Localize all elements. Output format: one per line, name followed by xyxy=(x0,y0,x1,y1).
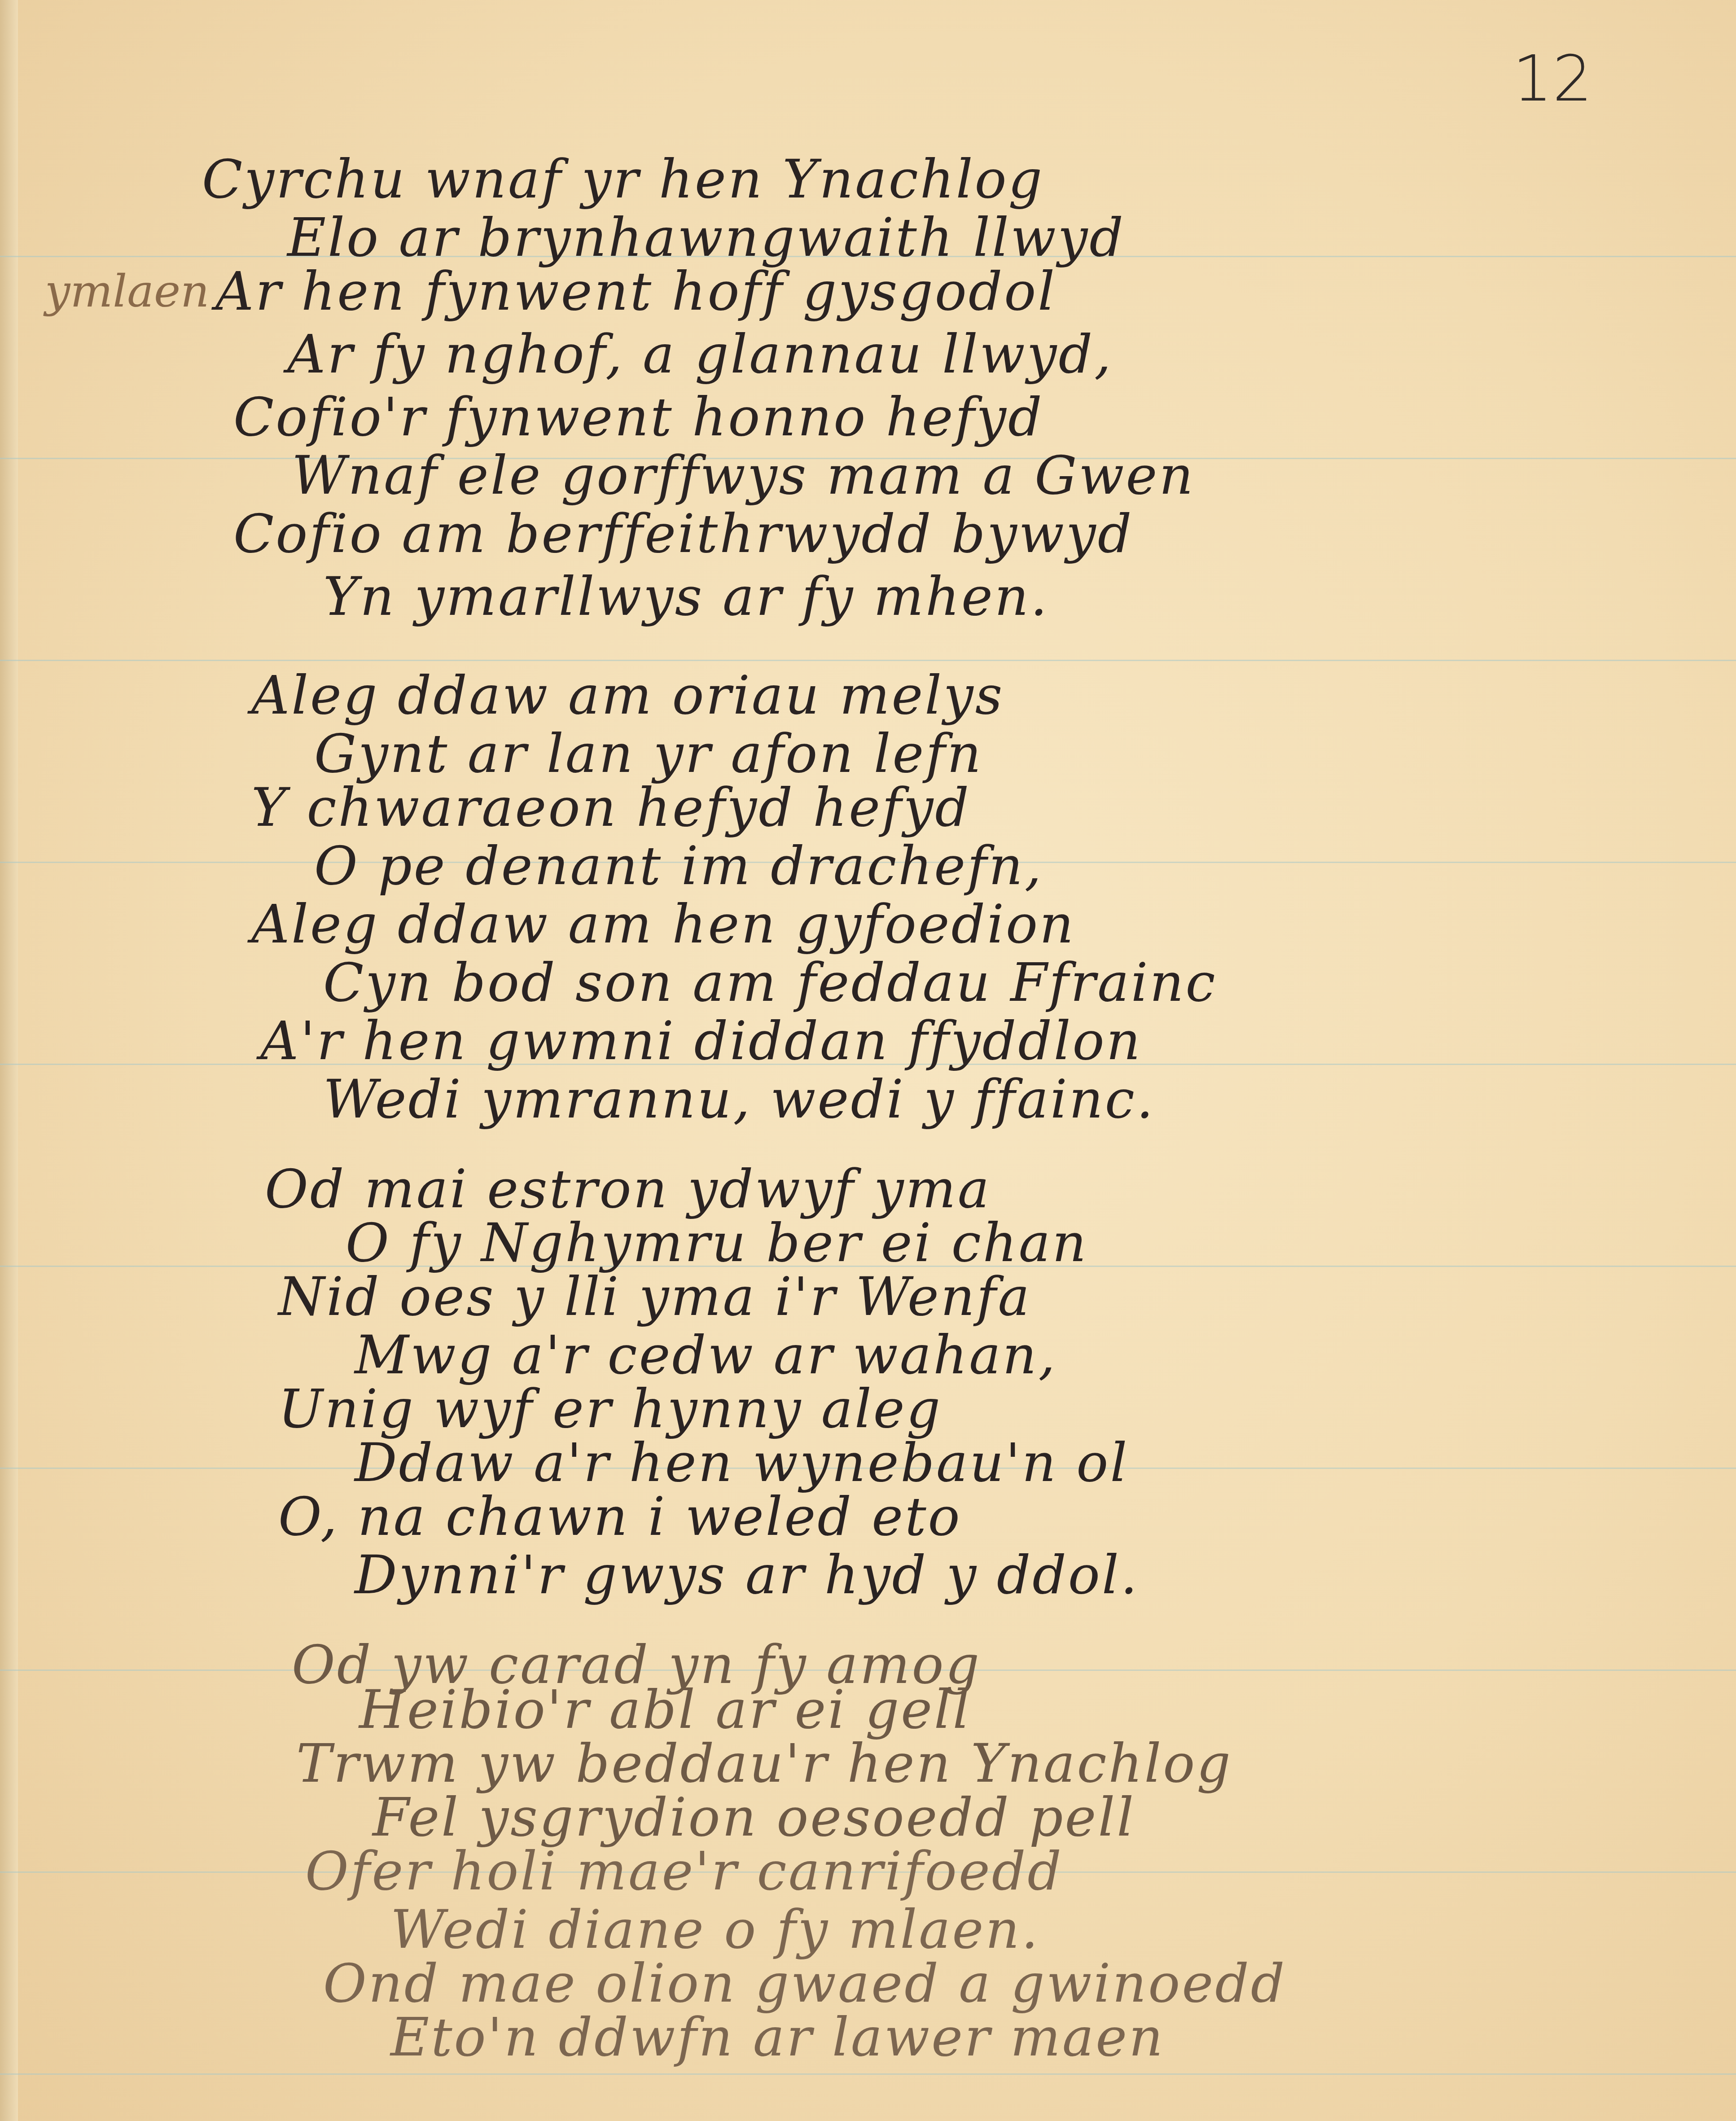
poem-line: Cofio'r fynwent honno hefyd xyxy=(233,386,1044,448)
poem-line: Elo ar brynhawngwaith llwyd xyxy=(287,206,1125,268)
poem-line: A'r hen gwmni diddan ffyddlon xyxy=(260,1010,1142,1072)
poem-line: Aleg ddaw am hen gyfoedion xyxy=(251,893,1075,955)
poem-line: O, na chawn i weled eto xyxy=(278,1486,962,1547)
poem: Cyrchu wnaf yr hen Ynachlog Elo ar brynh… xyxy=(0,0,1736,2121)
poem-line: Od mai estron ydwyf yma xyxy=(265,1158,991,1220)
poem-line: Wedi diane o fy mlaen. xyxy=(390,1898,1040,1960)
poem-line: Fel ysgrydion oesoedd pell xyxy=(373,1786,1135,1848)
poem-line: Y chwaraeon hefyd hefyd xyxy=(251,776,971,838)
poem-line: Ar fy nghof, a glannau llwyd, xyxy=(287,323,1113,385)
poem-line: Wedi ymrannu, wedi y ffainc. xyxy=(323,1068,1155,1130)
poem-line: Ar hen fynwent hoff gysgodol xyxy=(215,260,1057,322)
poem-line: Heibio'r abl ar ei gell xyxy=(359,1678,971,1740)
poem-line: Cyrchu wnaf yr hen Ynachlog xyxy=(202,148,1044,210)
poem-line: Aleg ddaw am oriau melys xyxy=(251,664,1004,726)
poem-line: Mwg a'r cedw ar wahan, xyxy=(355,1324,1057,1386)
poem-line: Eto'n ddwfn ar lawer maen xyxy=(390,2006,1165,2068)
poem-line: Yn ymarllwys ar fy mhen. xyxy=(323,565,1049,627)
poem-line: Dynni'r gwys ar hyd y ddol. xyxy=(355,1544,1139,1606)
poem-line: Ofer holi mae'r canrifoedd xyxy=(305,1840,1063,1902)
poem-line: Trwm yw beddau'r hen Ynachlog xyxy=(296,1732,1232,1794)
poem-line: O fy Nghymru ber ei chan xyxy=(346,1212,1088,1274)
poem-line: Cofio am berffeithrwydd bywyd xyxy=(233,503,1133,565)
poem-line: Cyn bod son am feddau Ffrainc xyxy=(323,951,1217,1013)
poem-line: Gynt ar lan yr afon lefn xyxy=(314,723,983,784)
poem-line: Wnaf ele gorffwys mam a Gwen xyxy=(292,444,1195,506)
poem-line: Ond mae olion gwaed a gwinoedd xyxy=(323,1952,1286,2014)
poem-line: Ddaw a'r hen wynebau'n ol xyxy=(355,1432,1129,1494)
poem-line: Unig wyf er hynny aleg xyxy=(278,1378,942,1440)
poem-line: O pe denant im drachefn, xyxy=(314,835,1043,897)
poem-line: Nid oes y lli yma i'r Wenfa xyxy=(278,1266,1031,1328)
